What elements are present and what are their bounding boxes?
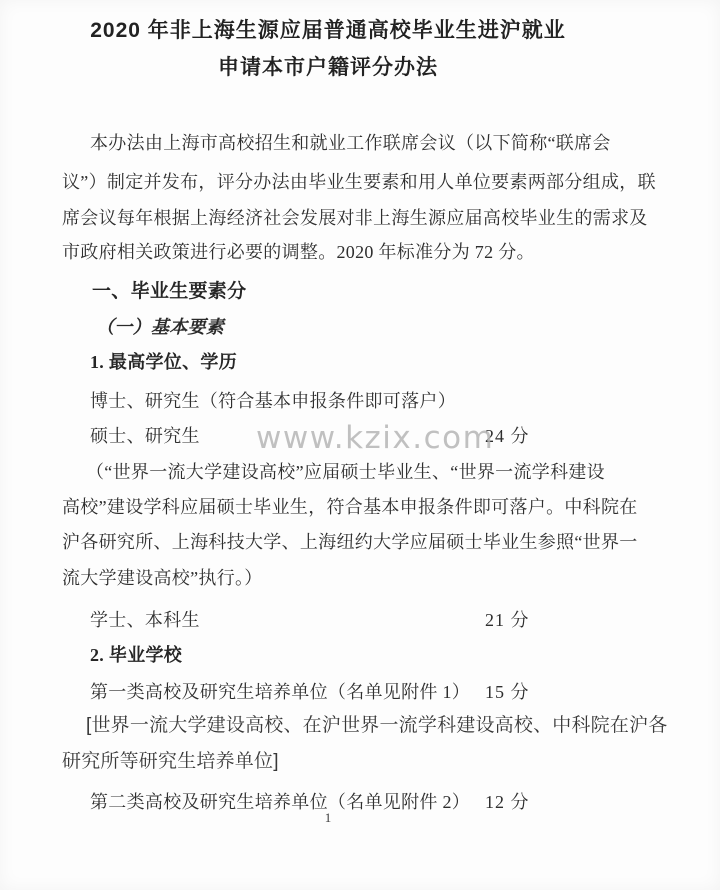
item-bachelor: 学士、本科生 21 分 xyxy=(62,608,622,632)
subsection-heading-school: 2. 毕业学校 xyxy=(62,643,622,667)
note-line: （“世界一流大学建设高校”应届硕士毕业生、“世界一流学科建设 xyxy=(62,460,618,484)
watermark: www.kzix.com xyxy=(256,420,494,456)
paragraph-line: 市政府相关政策进行必要的调整。2020 年标准分为 72 分。 xyxy=(62,240,594,264)
item-doctoral: 博士、研究生（符合基本申报条件即可落户） xyxy=(62,389,622,413)
doc-title-line-2: 申请本市户籍评分办法 xyxy=(62,56,594,80)
doc-title-line-1: 2020 年非上海生源应届普通高校毕业生进沪就业 xyxy=(62,19,594,43)
bracket-note-line: 研究所等研究生培养单位] xyxy=(62,750,594,774)
paragraph-line: 本办法由上海市高校招生和就业工作联席会议（以下简称“联席会 xyxy=(62,131,622,155)
note-line: 沪各研究所、上海科技大学、上海纽约大学应届硕士毕业生参照“世界一 xyxy=(62,530,594,554)
item-bachelor-label: 学士、本科生 xyxy=(90,610,200,630)
note-line: 流大学建设高校”执行。） xyxy=(62,566,594,590)
bracket-note-line: [世界一流大学建设高校、在沪世界一流学科建设高校、中科院在沪各 xyxy=(62,714,618,738)
score-value-tier1: 15 分 xyxy=(485,680,530,704)
page-number: 1 xyxy=(62,810,594,826)
paragraph-line: 席会议每年根据上海经济社会发展对非上海生源应届高校毕业生的需求及 xyxy=(62,206,594,230)
score-value-bachelor: 21 分 xyxy=(485,608,530,632)
item-tier1-school: 第一类高校及研究生培养单位（名单见附件 1） 15 分 xyxy=(62,680,622,704)
item-master-label: 硕士、研究生 xyxy=(90,426,200,446)
section-heading-graduate-factors: 一、毕业生要素分 xyxy=(62,280,624,304)
paragraph-line: 议”）制定并发布，评分办法由毕业生要素和用人单位要素两部分组成，联 xyxy=(62,170,594,194)
subsection-heading-degree: 1. 最高学位、学历 xyxy=(62,350,622,374)
subsection-heading-basic-factors: （一）基本要素 xyxy=(62,315,628,339)
item-tier1-label: 第一类高校及研究生培养单位（名单见附件 1） xyxy=(90,682,470,702)
document-page: 2020 年非上海生源应届普通高校毕业生进沪就业 申请本市户籍评分办法 本办法由… xyxy=(0,0,720,890)
item-tier2-label: 第二类高校及研究生培养单位（名单见附件 2） xyxy=(90,792,470,812)
note-line: 高校”建设学科应届硕士毕业生，符合基本申报条件即可落户。中科院在 xyxy=(62,495,594,519)
